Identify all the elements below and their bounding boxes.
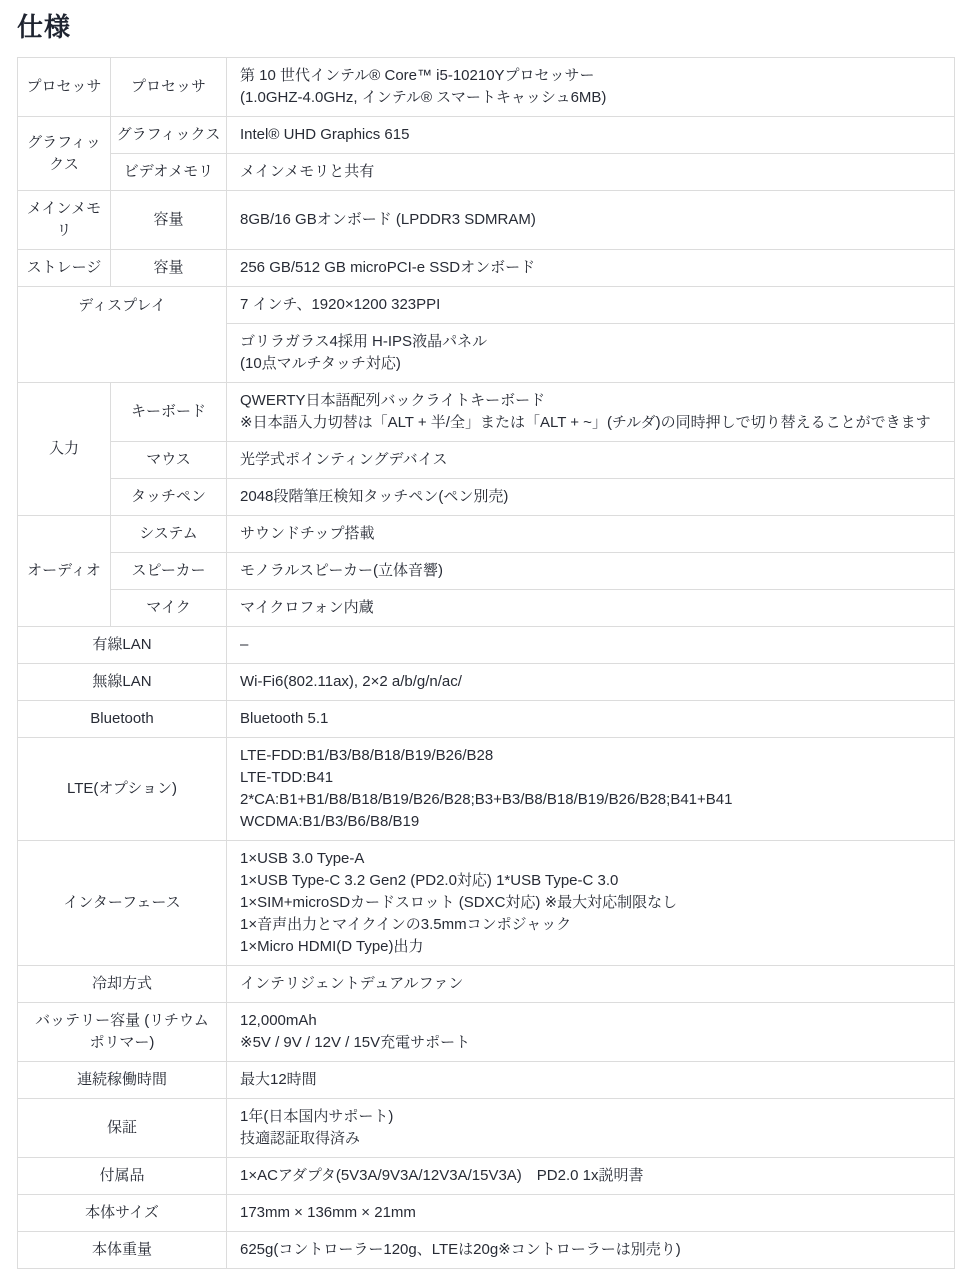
value-line: 1×USB Type-C 3.2 Gen2 (PD2.0対応) 1*USB Ty… [240,870,942,892]
spec-table: プロセッサプロセッサ第 10 世代インテル® Core™ i5-10210Yプロ… [17,57,955,1269]
value-line: 1×USB 3.0 Type-A [240,848,942,870]
value-cell: 光学式ポインティングデバイス [227,442,955,479]
group-label-cell: Bluetooth [18,701,227,738]
value-cell: Bluetooth 5.1 [227,701,955,738]
sub-label-cell: キーボード [111,383,227,442]
value-line: 2*CA:B1+B1/B8/B18/B19/B26/B28;B3+B3/B8/B… [240,789,942,811]
value-line: 技適認証取得済み [240,1128,942,1150]
spec-row: 本体サイズ173mm × 136mm × 21mm [18,1195,955,1232]
value-cell: マイクロフォン内蔵 [227,590,955,627]
spec-row: プロセッサプロセッサ第 10 世代インテル® Core™ i5-10210Yプロ… [18,58,955,117]
value-cell: モノラルスピーカー(立体音響) [227,553,955,590]
spec-row: インターフェース1×USB 3.0 Type-A1×USB Type-C 3.2… [18,841,955,966]
sub-label-cell: 容量 [111,250,227,287]
value-line: ゴリラガラス4採用 H-IPS液晶パネル [240,331,942,353]
value-line: 最大12時間 [240,1069,942,1091]
group-label-cell: ストレージ [18,250,111,287]
spec-row: ディスプレイ7 インチ、1920×1200 323PPI [18,287,955,324]
value-line: Bluetooth 5.1 [240,708,942,730]
group-label-cell: オーディオ [18,516,111,627]
value-cell: 7 インチ、1920×1200 323PPI [227,287,955,324]
value-cell: QWERTY日本語配列バックライトキーボード※日本語入力切替は「ALT + 半/… [227,383,955,442]
value-cell: Intel® UHD Graphics 615 [227,117,955,154]
spec-row: BluetoothBluetooth 5.1 [18,701,955,738]
group-label-cell: 本体サイズ [18,1195,227,1232]
value-line: Wi-Fi6(802.11ax), 2×2 a/b/g/n/ac/ [240,671,942,693]
value-line: – [240,634,942,656]
group-label-cell: 有線LAN [18,627,227,664]
group-label-cell: グラフィックス [18,117,111,191]
spec-row: オーディオシステムサウンドチップ搭載 [18,516,955,553]
spec-row: 有線LAN– [18,627,955,664]
value-line: 8GB/16 GBオンボード (LPDDR3 SDMRAM) [240,209,942,231]
page-title: 仕様 [17,12,971,42]
sub-label-cell: マウス [111,442,227,479]
spec-row: 本体重量625g(コントローラー120g、LTEは20g※コントローラーは別売り… [18,1232,955,1269]
value-cell: 1年(日本国内サポート)技適認証取得済み [227,1099,955,1158]
group-label-cell: 保証 [18,1099,227,1158]
value-line: Intel® UHD Graphics 615 [240,124,942,146]
sub-label-cell: スピーカー [111,553,227,590]
value-line: メインメモリと共有 [240,161,942,183]
sub-label-cell: プロセッサ [111,58,227,117]
group-label-cell: プロセッサ [18,58,111,117]
value-cell: サウンドチップ搭載 [227,516,955,553]
value-cell: 173mm × 136mm × 21mm [227,1195,955,1232]
spec-page: 仕様 プロセッサプロセッサ第 10 世代インテル® Core™ i5-10210… [0,0,971,1269]
value-line: LTE-TDD:B41 [240,767,942,789]
value-cell: 1×USB 3.0 Type-A1×USB Type-C 3.2 Gen2 (P… [227,841,955,966]
sub-label-cell: タッチペン [111,479,227,516]
group-label-cell: LTE(オプション) [18,738,227,841]
sub-label-cell: 容量 [111,191,227,250]
value-line: 1年(日本国内サポート) [240,1106,942,1128]
value-line: インテリジェントデュアルファン [240,973,942,995]
value-line: (10点マルチタッチ対応) [240,353,942,375]
value-cell: 12,000mAh※5V / 9V / 12V / 15V充電サポート [227,1003,955,1062]
spec-row: タッチペン2048段階筆圧検知タッチペン(ペン別売) [18,479,955,516]
spec-row: スピーカーモノラルスピーカー(立体音響) [18,553,955,590]
sub-label-cell: ビデオメモリ [111,154,227,191]
value-cell: – [227,627,955,664]
group-label-cell: メインメモリ [18,191,111,250]
group-label-cell: インターフェース [18,841,227,966]
group-label-cell: 入力 [18,383,111,516]
group-label-cell: 連続稼働時間 [18,1062,227,1099]
spec-row: 連続稼働時間最大12時間 [18,1062,955,1099]
value-line: ※日本語入力切替は「ALT + 半/全」または「ALT + ~」(チルダ)の同時… [240,412,942,434]
value-line: 625g(コントローラー120g、LTEは20g※コントローラーは別売り) [240,1239,942,1261]
value-line: 173mm × 136mm × 21mm [240,1202,942,1224]
value-cell: 8GB/16 GBオンボード (LPDDR3 SDMRAM) [227,191,955,250]
group-label-cell: 無線LAN [18,664,227,701]
spec-row: マウス光学式ポインティングデバイス [18,442,955,479]
value-line: (1.0GHZ-4.0GHz, インテル® スマートキャッシュ6MB) [240,87,942,109]
value-cell: 256 GB/512 GB microPCI-e SSDオンボード [227,250,955,287]
value-line: 256 GB/512 GB microPCI-e SSDオンボード [240,257,942,279]
spec-row: ストレージ容量256 GB/512 GB microPCI-e SSDオンボード [18,250,955,287]
group-label-cell: ディスプレイ [18,287,227,383]
value-cell: 625g(コントローラー120g、LTEは20g※コントローラーは別売り) [227,1232,955,1269]
group-label-cell: 付属品 [18,1158,227,1195]
group-label-cell: 冷却方式 [18,966,227,1003]
value-line: 1×Micro HDMI(D Type)出力 [240,936,942,958]
spec-row: 保証1年(日本国内サポート)技適認証取得済み [18,1099,955,1158]
spec-row: マイクマイクロフォン内蔵 [18,590,955,627]
value-cell: 1×ACアダプタ(5V3A/9V3A/12V3A/15V3A) PD2.0 1x… [227,1158,955,1195]
value-cell: LTE-FDD:B1/B3/B8/B18/B19/B26/B28LTE-TDD:… [227,738,955,841]
spec-row: 無線LANWi-Fi6(802.11ax), 2×2 a/b/g/n/ac/ [18,664,955,701]
value-line: モノラルスピーカー(立体音響) [240,560,942,582]
value-cell: インテリジェントデュアルファン [227,966,955,1003]
value-line: 7 インチ、1920×1200 323PPI [240,294,942,316]
value-line: QWERTY日本語配列バックライトキーボード [240,390,942,412]
spec-row: グラフィックスグラフィックスIntel® UHD Graphics 615 [18,117,955,154]
value-line: ※5V / 9V / 12V / 15V充電サポート [240,1032,942,1054]
spec-row: バッテリー容量 (リチウムポリマー)12,000mAh※5V / 9V / 12… [18,1003,955,1062]
spec-row: 付属品1×ACアダプタ(5V3A/9V3A/12V3A/15V3A) PD2.0… [18,1158,955,1195]
sub-label-cell: マイク [111,590,227,627]
value-line: サウンドチップ搭載 [240,523,942,545]
value-cell: メインメモリと共有 [227,154,955,191]
spec-row: LTE(オプション)LTE-FDD:B1/B3/B8/B18/B19/B26/B… [18,738,955,841]
value-cell: ゴリラガラス4採用 H-IPS液晶パネル(10点マルチタッチ対応) [227,324,955,383]
spec-table-body: プロセッサプロセッサ第 10 世代インテル® Core™ i5-10210Yプロ… [18,58,955,1269]
sub-label-cell: グラフィックス [111,117,227,154]
value-line: 光学式ポインティングデバイス [240,449,942,471]
spec-row: ビデオメモリメインメモリと共有 [18,154,955,191]
sub-label-cell: システム [111,516,227,553]
value-line: 12,000mAh [240,1010,942,1032]
group-label-cell: 本体重量 [18,1232,227,1269]
value-cell: 第 10 世代インテル® Core™ i5-10210Yプロセッサー(1.0GH… [227,58,955,117]
value-cell: Wi-Fi6(802.11ax), 2×2 a/b/g/n/ac/ [227,664,955,701]
value-line: 2048段階筆圧検知タッチペン(ペン別売) [240,486,942,508]
spec-row: 入力キーボードQWERTY日本語配列バックライトキーボード※日本語入力切替は「A… [18,383,955,442]
value-line: 第 10 世代インテル® Core™ i5-10210Yプロセッサー [240,65,942,87]
spec-row: 冷却方式インテリジェントデュアルファン [18,966,955,1003]
value-line: WCDMA:B1/B3/B6/B8/B19 [240,811,942,833]
group-label-cell: バッテリー容量 (リチウムポリマー) [18,1003,227,1062]
value-line: マイクロフォン内蔵 [240,597,942,619]
value-line: LTE-FDD:B1/B3/B8/B18/B19/B26/B28 [240,745,942,767]
value-line: 1×音声出力とマイクインの3.5mmコンポジャック [240,914,942,936]
value-cell: 最大12時間 [227,1062,955,1099]
value-line: 1×SIM+microSDカードスロット (SDXC対応) ※最大対応制限なし [240,892,942,914]
value-cell: 2048段階筆圧検知タッチペン(ペン別売) [227,479,955,516]
spec-row: メインメモリ容量8GB/16 GBオンボード (LPDDR3 SDMRAM) [18,191,955,250]
value-line: 1×ACアダプタ(5V3A/9V3A/12V3A/15V3A) PD2.0 1x… [240,1165,942,1187]
